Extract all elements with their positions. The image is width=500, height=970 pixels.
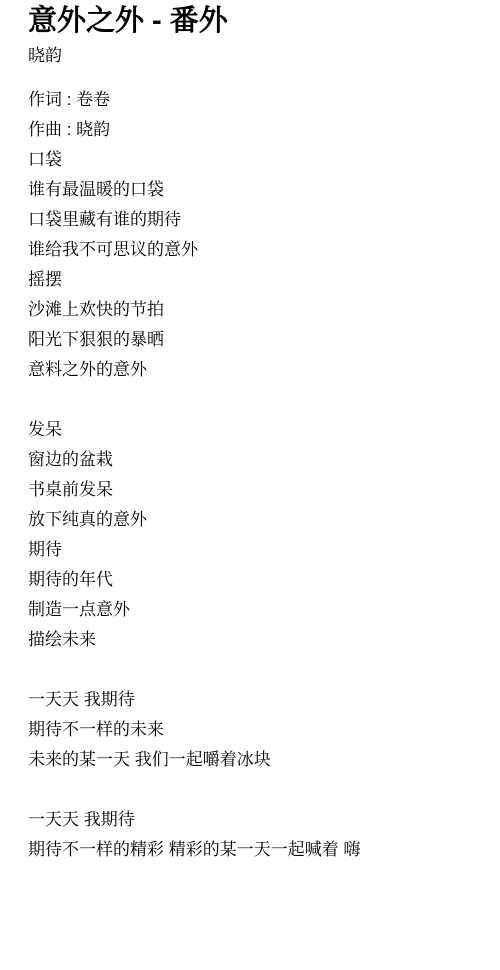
- lyric-line: 期待: [28, 535, 476, 565]
- lyric-line: 期待的年代: [28, 565, 476, 595]
- lyric-line: 沙滩上欢快的节拍: [28, 295, 476, 325]
- lyric-line: 书桌前发呆: [28, 475, 476, 505]
- lyric-line: 谁给我不可思议的意外: [28, 235, 476, 265]
- lyric-line-blank: [28, 775, 476, 805]
- lyric-line: 制造一点意外: [28, 595, 476, 625]
- lyric-line: 作词 : 卷卷: [28, 85, 476, 115]
- lyric-line: 谁有最温暖的口袋: [28, 175, 476, 205]
- lyric-line: 口袋: [28, 145, 476, 175]
- lyric-line: 一天天 我期待: [28, 685, 476, 715]
- lyric-line: 口袋里藏有谁的期待: [28, 205, 476, 235]
- lyric-line: 摇摆: [28, 265, 476, 295]
- lyric-line: 描绘未来: [28, 625, 476, 655]
- page-title: 意外之外 - 番外: [28, 6, 476, 38]
- lyrics-block: 作词 : 卷卷 作曲 : 晓韵 口袋 谁有最温暖的口袋 口袋里藏有谁的期待 谁给…: [28, 85, 476, 865]
- lyric-line: 一天天 我期待: [28, 805, 476, 835]
- lyric-line: 作曲 : 晓韵: [28, 115, 476, 145]
- lyric-line: 期待不一样的精彩 精彩的某一天一起喊着 嗨: [28, 835, 476, 865]
- lyric-line: 期待不一样的未来: [28, 715, 476, 745]
- lyric-line-blank: [28, 655, 476, 685]
- lyric-line: 阳光下狠狠的暴晒: [28, 325, 476, 355]
- lyric-line: 放下纯真的意外: [28, 505, 476, 535]
- lyric-line: 未来的某一天 我们一起嚼着冰块: [28, 745, 476, 775]
- lyric-line-blank: [28, 385, 476, 415]
- lyric-line: 窗边的盆栽: [28, 445, 476, 475]
- artist-name: 晓韵: [28, 45, 476, 67]
- lyrics-page: 意外之外 - 番外 晓韵 作词 : 卷卷 作曲 : 晓韵 口袋 谁有最温暖的口袋…: [0, 0, 500, 865]
- lyric-line: 发呆: [28, 415, 476, 445]
- lyric-line: 意料之外的意外: [28, 355, 476, 385]
